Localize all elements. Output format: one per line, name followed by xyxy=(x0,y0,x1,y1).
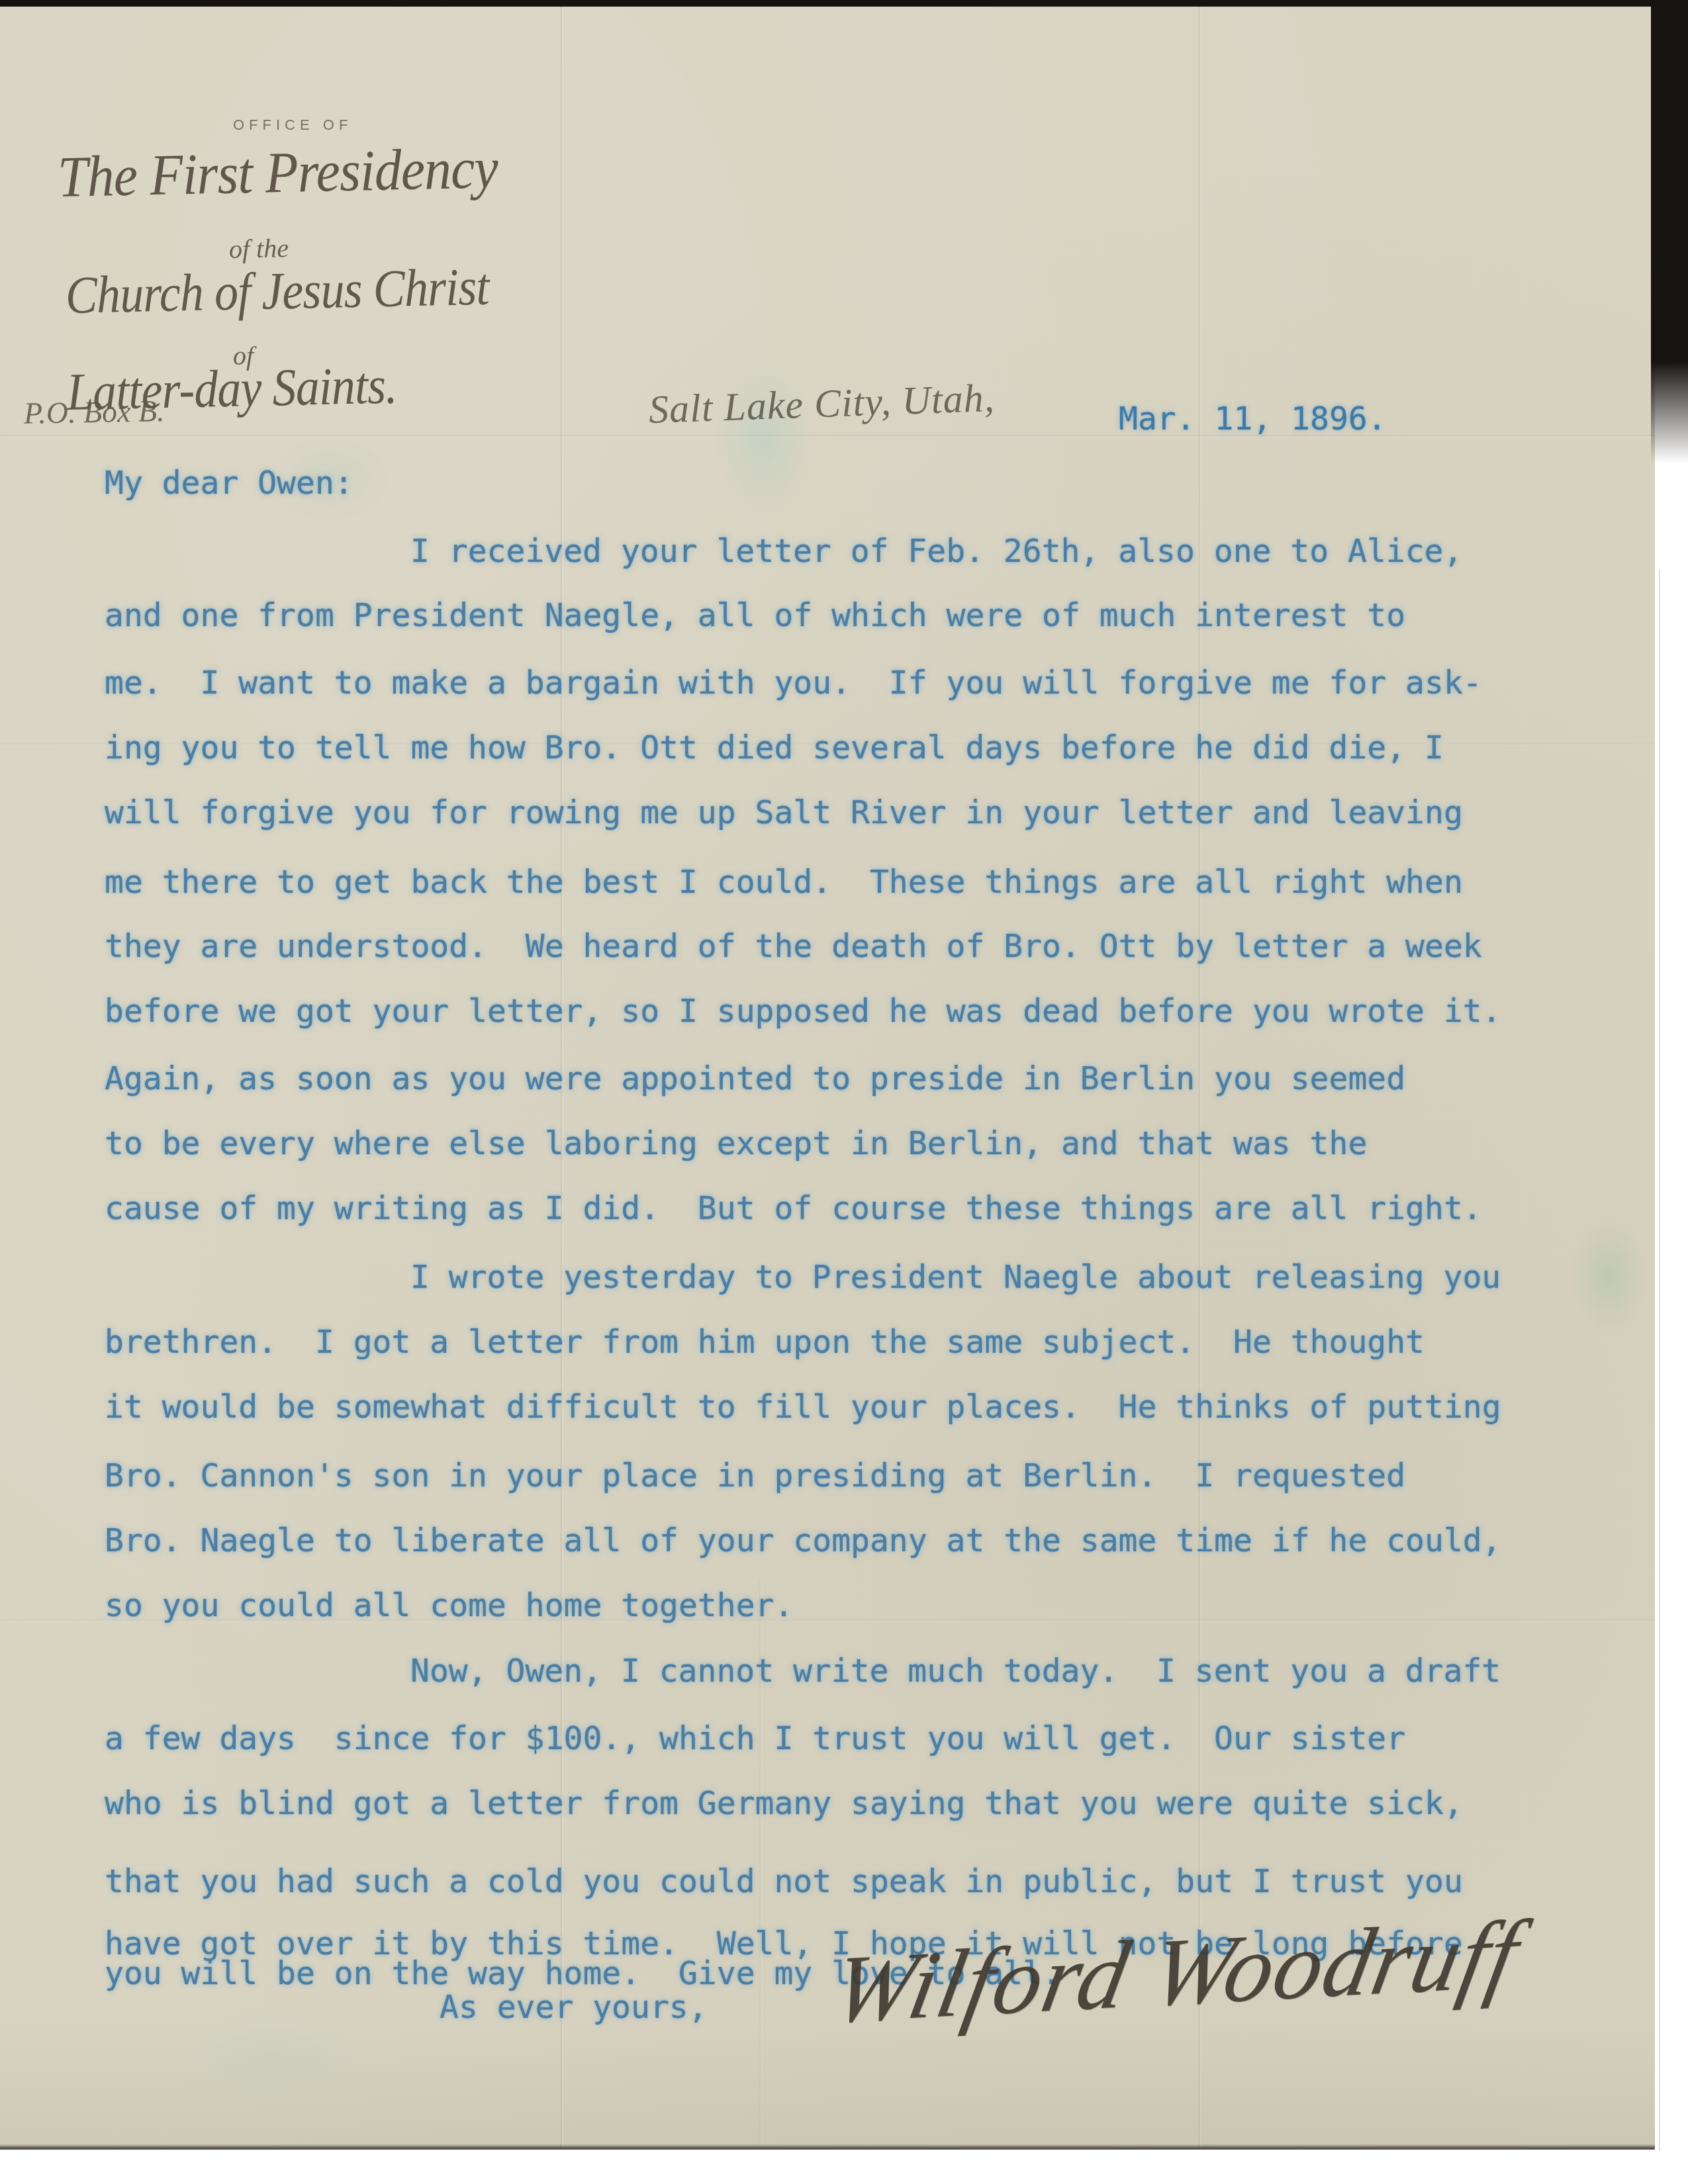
scan-edge-top xyxy=(0,0,1688,7)
typed-line: and one from President Naegle, all of wh… xyxy=(105,598,1405,633)
typed-line: to be every where else laboring except i… xyxy=(105,1126,1367,1161)
typed-line: that you had such a cold you could not s… xyxy=(105,1864,1463,1899)
horizontal-fold-crease xyxy=(0,434,1655,437)
ink-stain xyxy=(159,2004,384,2110)
typed-line: brethren. I got a letter from him upon t… xyxy=(105,1324,1425,1360)
typed-line: who is blind got a letter from Germany s… xyxy=(105,1786,1463,1821)
po-box-label: P.O. Box B. xyxy=(24,393,165,431)
letterhead-org-name-line2: of the xyxy=(229,232,289,265)
typed-line: Again, as soon as you were appointed to … xyxy=(105,1061,1405,1097)
paper-bottom-edge xyxy=(0,2144,1655,2150)
ink-stain xyxy=(1569,1216,1648,1336)
typed-line: Bro. Cannon's son in your place in presi… xyxy=(105,1458,1405,1494)
scan-edge-right xyxy=(1651,0,1688,463)
letterhead-office-of-label: OFFICE OF xyxy=(233,116,352,134)
typed-line: will forgive you for rowing me up Salt R… xyxy=(105,795,1463,831)
typed-line: a few days since for $100., which I trus… xyxy=(105,1721,1405,1756)
letterhead-org-name-line3: Church of Jesus Christ xyxy=(65,257,489,326)
letterhead-org-name-line1: The First Presidency xyxy=(57,135,498,211)
typed-line: cause of my writing as I did. But of cou… xyxy=(105,1191,1482,1226)
typed-line: me. I want to make a bargain with you. I… xyxy=(105,665,1482,701)
typed-line: Now, Owen, I cannot write much today. I … xyxy=(410,1653,1501,1689)
typed-line: they are understood. We heard of the dea… xyxy=(105,929,1482,964)
typed-line: Bro. Naegle to liberate all of your comp… xyxy=(105,1523,1501,1559)
salutation: My dear Owen: xyxy=(105,465,353,501)
typed-line: I wrote yesterday to President Naegle ab… xyxy=(410,1259,1501,1295)
typed-line: ing you to tell me how Bro. Ott died sev… xyxy=(105,730,1444,766)
scanned-letter-page: { "document": { "letterhead": { "office_… xyxy=(0,0,1688,2184)
typed-line: so you could all come home together. xyxy=(105,1588,793,1623)
paper-right-edge-line xyxy=(1659,569,1660,2151)
typed-line: me there to get back the best I could. T… xyxy=(105,864,1463,900)
typed-date: Mar. 11, 1896. xyxy=(1119,401,1387,437)
typed-line: before we got your letter, so I supposed… xyxy=(105,993,1501,1029)
closing: As ever yours, xyxy=(440,1989,708,2025)
typed-line: it would be somewhat difficult to fill y… xyxy=(105,1389,1501,1425)
typed-line: I received your letter of Feb. 26th, als… xyxy=(410,533,1462,569)
